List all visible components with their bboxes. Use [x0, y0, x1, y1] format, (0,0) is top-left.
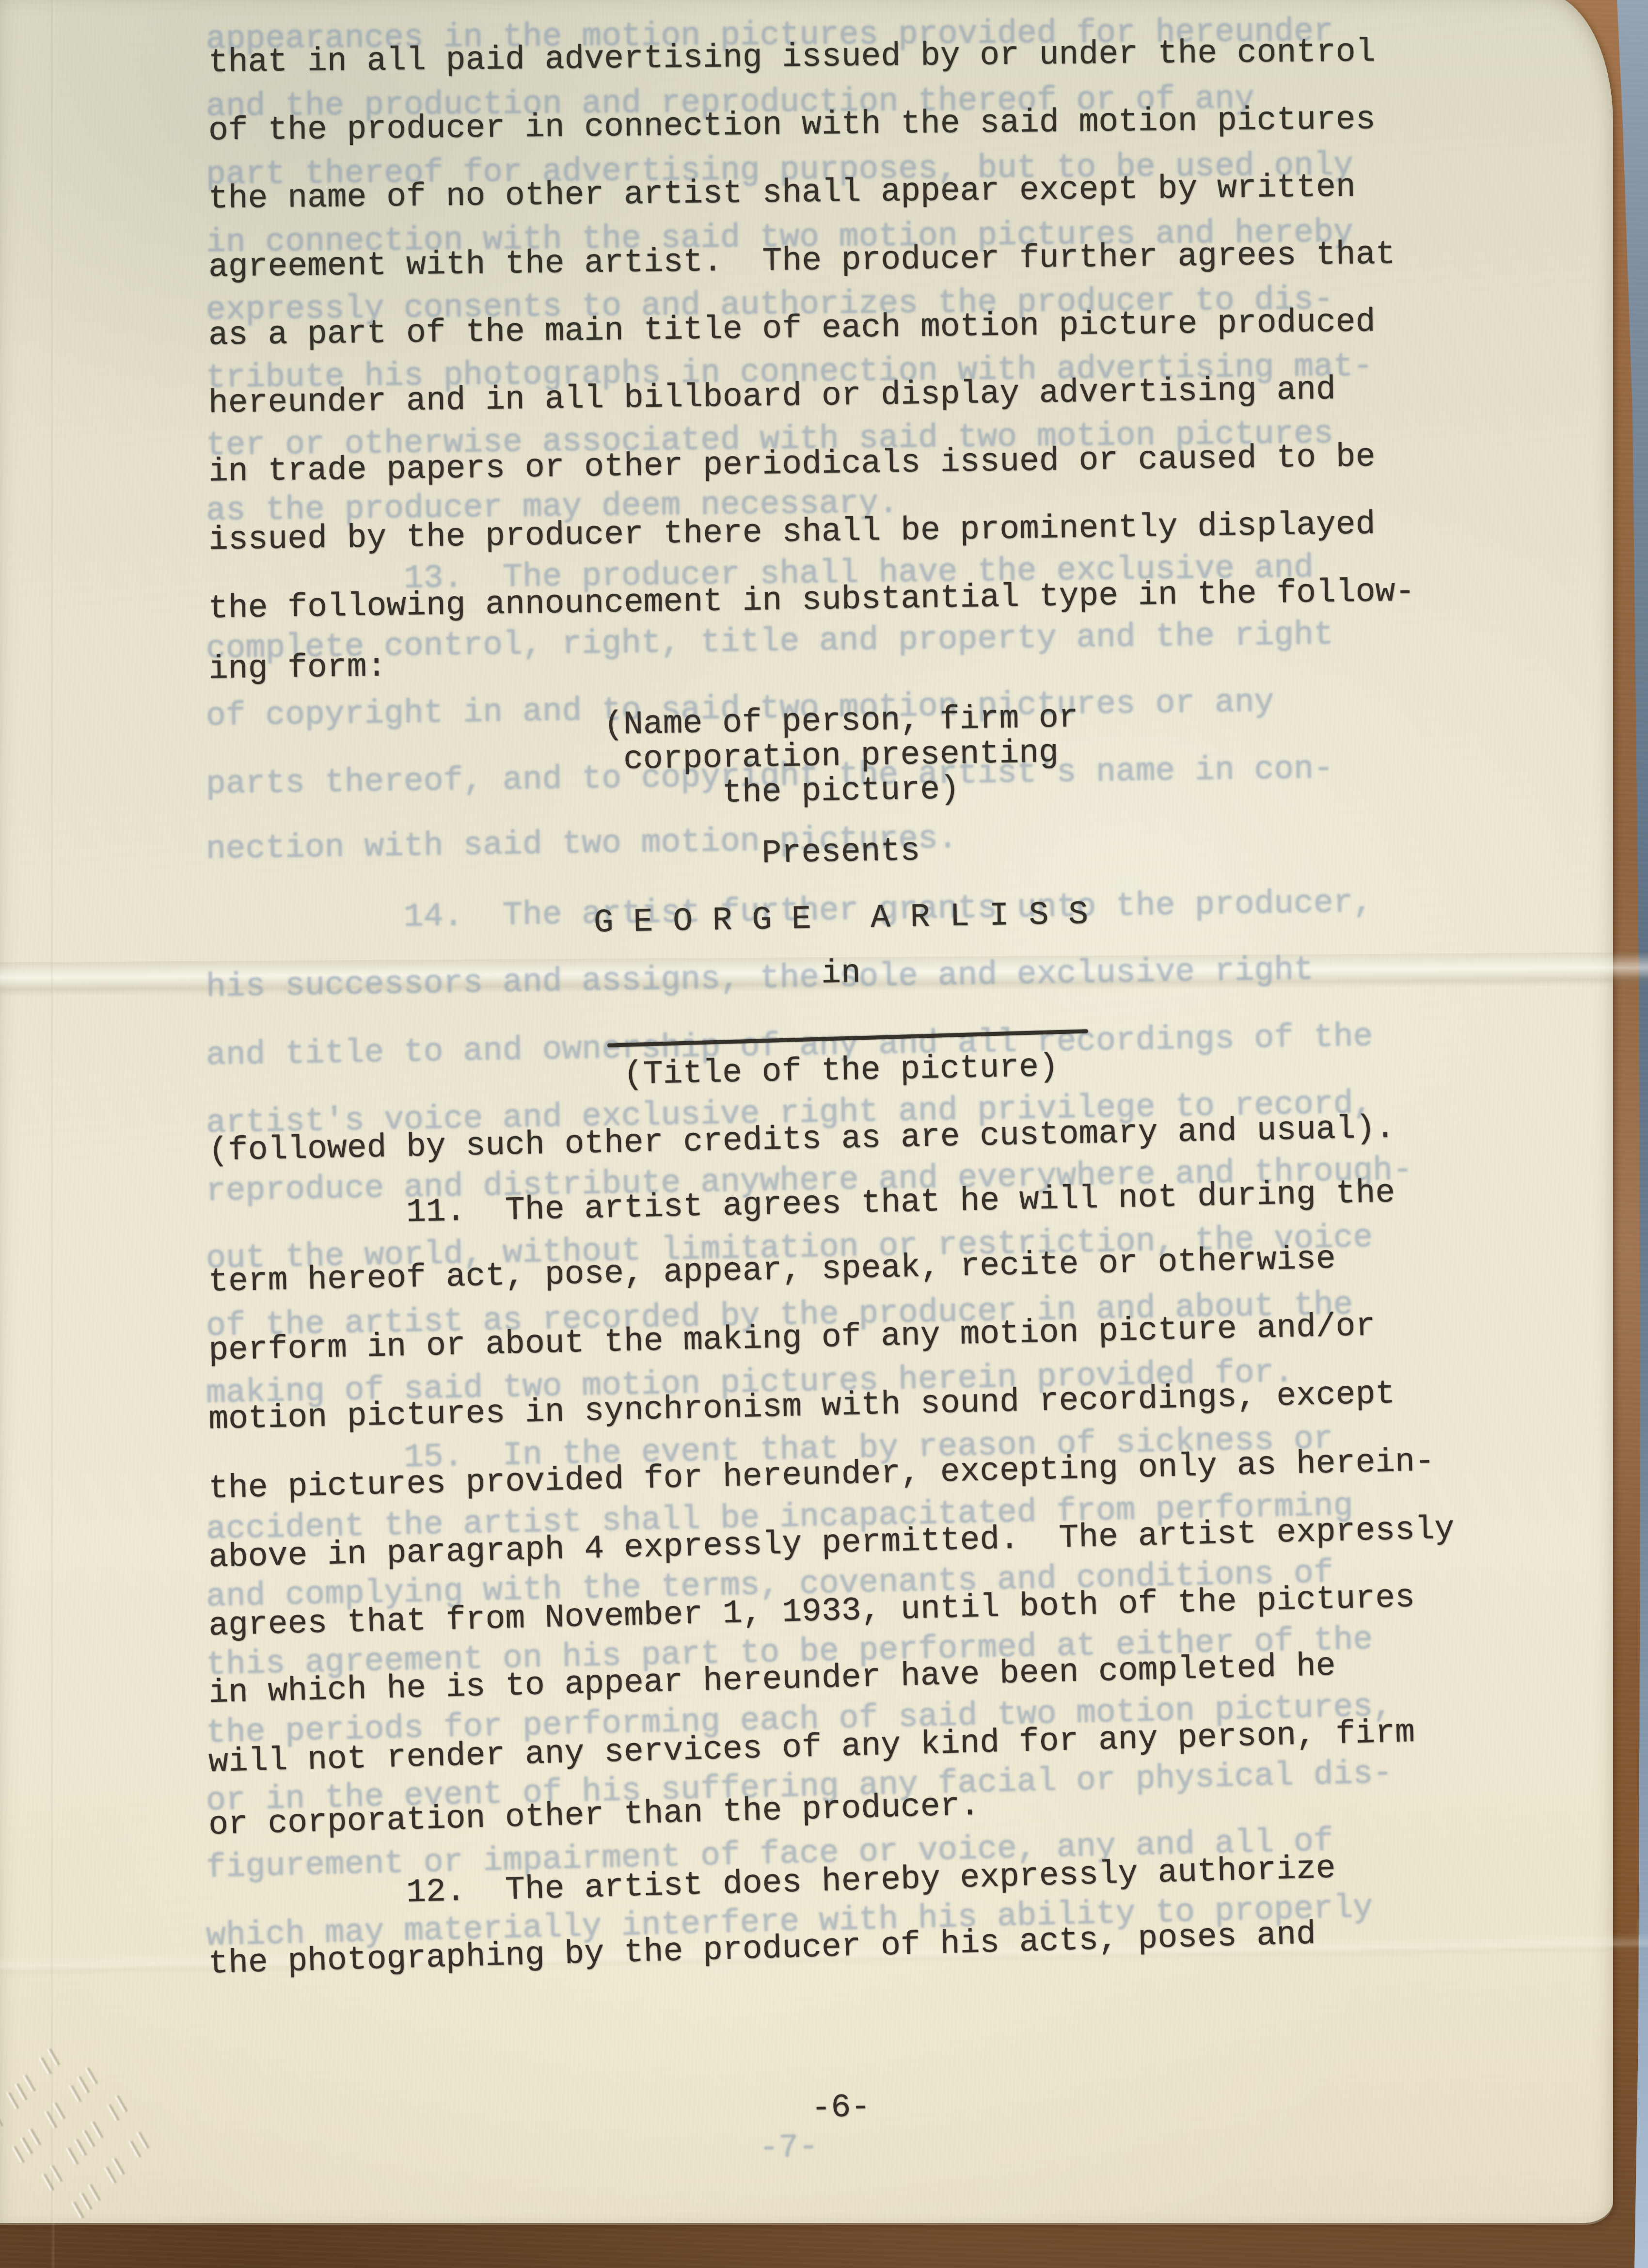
- embossed-seal: // /// ///// // ///// //// ///// // //: [0, 1945, 285, 2261]
- typed-line: that in all paid advertising issued by o…: [208, 36, 1376, 79]
- page-number: -6-: [204, 2074, 1479, 2142]
- left-fold-line: [50, 0, 55, 2268]
- typed-line: ing form:: [208, 650, 387, 686]
- ghost-page-number: -7-: [759, 2131, 819, 2165]
- scanned-document-image: // /// ///// // ///// //// ///// // // a…: [0, 0, 1648, 2268]
- page-content: // /// ///// // ///// //// ///// // // a…: [0, 0, 1648, 2268]
- document-page: // /// ///// // ///// //// ///// // // a…: [0, 0, 1613, 2223]
